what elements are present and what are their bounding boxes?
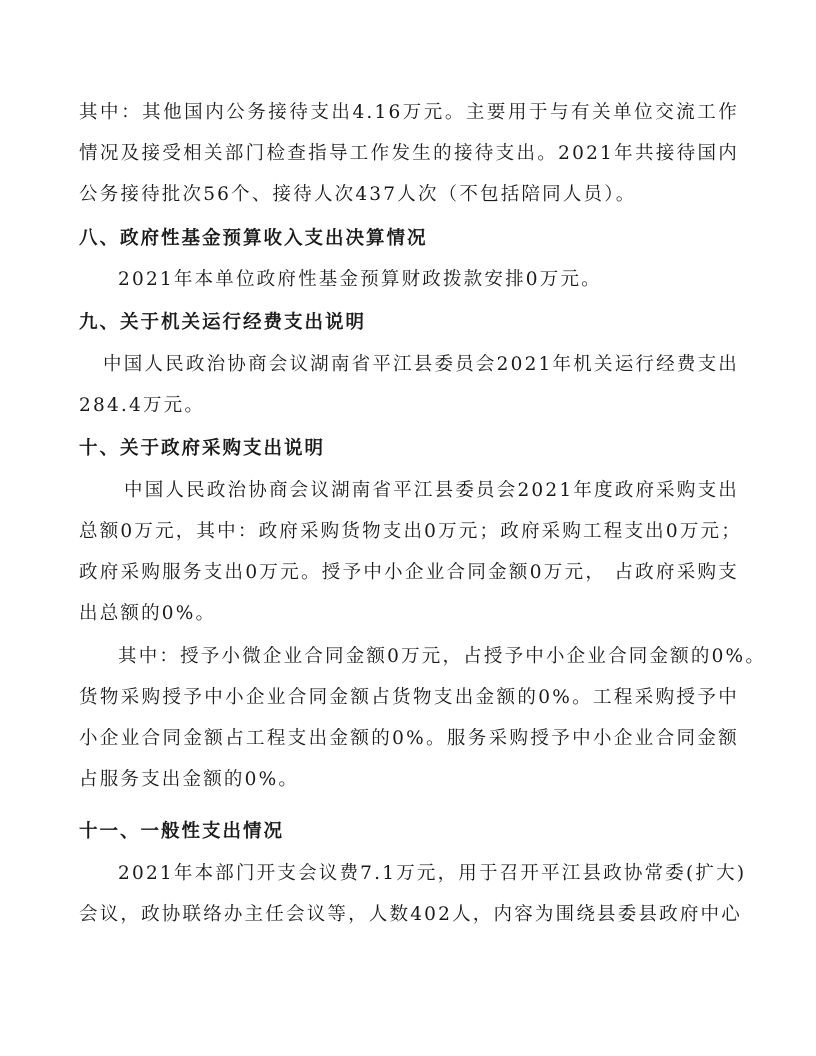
paragraph-line: 中国人民政治协商会议湖南省平江县委员会2021年度政府采购支出	[124, 479, 739, 503]
paragraph-line: 其中：其他国内公务接待支出4.16万元。主要用于与有关单位交流工作	[79, 101, 739, 125]
paragraph-line: 出总额的0%。	[79, 602, 739, 626]
section-heading-10: 十、关于政府采购支出说明	[79, 437, 325, 461]
paragraph-line: 2021年本单位政府性基金预算财政拨款安排0万元。	[118, 268, 678, 292]
paragraph-line: 其中：授予小微企业合同金额0万元，占授予中小企业合同金额的0%。	[118, 645, 739, 669]
section-heading-9: 九、关于机关运行经费支出说明	[79, 311, 366, 335]
paragraph-line: 小企业合同金额占工程支出金额的0%。服务采购授予中小企业合同金额	[79, 727, 739, 751]
section-heading-11: 十一、一般性支出情况	[79, 820, 284, 844]
paragraph-line: 货物采购授予中小企业合同金额占货物支出金额的0%。工程采购授予中	[79, 686, 739, 710]
paragraph-line: 284.4万元。	[79, 394, 739, 418]
paragraph-line: 政府采购服务支出0万元。授予中小企业合同金额0万元， 占政府采购支	[79, 561, 739, 585]
paragraph-line: 2021年本部门开支会议费7.1万元，用于召开平江县政协常委(扩大)	[118, 862, 739, 886]
paragraph-line: 公务接待批次56个、接待人次437人次（不包括陪同人员）。	[79, 183, 739, 207]
paragraph-line: 会议，政协联络办主任会议等，人数402人，内容为围绕县委县政府中心	[79, 903, 739, 927]
document-page: 其中：其他国内公务接待支出4.16万元。主要用于与有关单位交流工作 情况及接受相…	[0, 0, 816, 1056]
paragraph-line: 中国人民政治协商会议湖南省平江县委员会2021年机关运行经费支出	[103, 353, 739, 377]
paragraph-line: 占服务支出金额的0%。	[79, 768, 739, 792]
paragraph-line: 总额0万元，其中：政府采购货物支出0万元；政府采购工程支出0万元；	[79, 520, 739, 544]
paragraph-line: 情况及接受相关部门检查指导工作发生的接待支出。2021年共接待国内	[79, 142, 739, 166]
section-heading-8: 八、政府性基金预算收入支出决算情况	[79, 227, 428, 251]
